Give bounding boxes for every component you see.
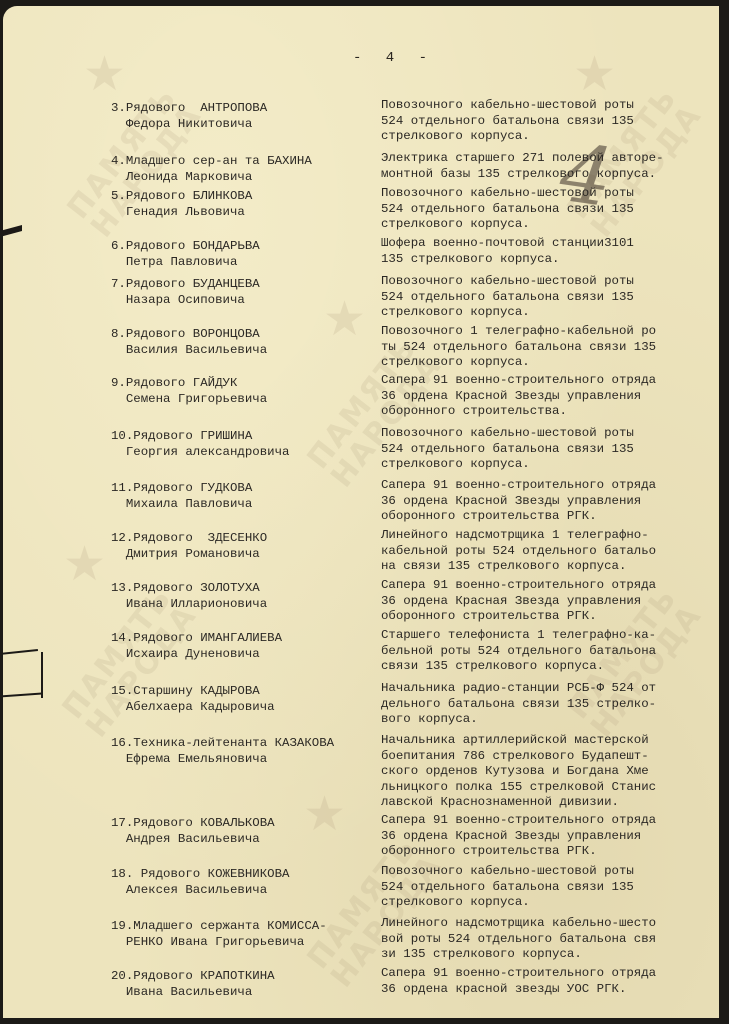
given-names: Георгия александровича	[111, 444, 383, 460]
given-names: Василия Васильевича	[111, 342, 383, 358]
given-names: Ивана Илларионовича	[111, 596, 383, 612]
given-names: Семена Григорьевича	[111, 391, 383, 407]
given-names: Абелхаера Кадыровича	[111, 699, 383, 715]
unit-description: Сапера 91 военно-строительного отряда 36…	[381, 813, 719, 860]
unit-description: Повозочного кабельно-шестовой роты 524 о…	[381, 864, 719, 911]
recipient-name: 5.Рядового БЛИНКОВА Генадия Львовича	[111, 188, 383, 220]
unit-description: Шофера военно-почтовой станции3101 135 с…	[381, 236, 719, 267]
watermark-star-icon: ★	[573, 46, 616, 102]
unit-description: Сапера 91 военно-строительного отряда 36…	[381, 966, 719, 997]
unit-description: Повозочного кабельно-шестовой роты 524 о…	[381, 274, 719, 321]
rank-surname: 19.Младшего сержанта КОМИССА-	[111, 918, 383, 934]
paper-tear	[41, 652, 43, 698]
recipient-name: 14.Рядового ИМАНГАЛИЕВА Исхаира Дуненови…	[111, 630, 383, 662]
recipient-name: 16.Техника-лейтенанта КАЗАКОВА Ефрема Ем…	[111, 735, 383, 767]
given-names: Леонида Марковича	[111, 169, 383, 185]
unit-description: Сапера 91 военно-строительного отряда 36…	[381, 578, 719, 625]
unit-description: Электрика старшего 271 полевой авторе- м…	[381, 151, 719, 182]
document-page: ★ ПАМЯТЬ НАРОДА ★ ПАМЯТЬ НАРОДА ★ ПАМЯТЬ…	[3, 6, 719, 1018]
given-names: Андрея Васильевича	[111, 831, 383, 847]
watermark-star-icon: ★	[83, 46, 126, 102]
rank-surname: 4.Младшего сер-ан та БАХИНА	[111, 153, 383, 169]
given-names: Михаила Павловича	[111, 496, 383, 512]
unit-description: Линейного надсмотрщика кабельно-шесто во…	[381, 916, 719, 963]
given-names: Исхаира Дуненовича	[111, 646, 383, 662]
rank-surname: 13.Рядового ЗОЛОТУХА	[111, 580, 383, 596]
unit-description: Старшего телефониста 1 телеграфно-ка- бе…	[381, 628, 719, 675]
given-names: Генадия Львовича	[111, 204, 383, 220]
page-number: - 4 -	[353, 50, 435, 66]
unit-description: Повозочного кабельно-шестовой роты 524 о…	[381, 426, 719, 473]
unit-description: Повозочного кабельно-шестовой роты 524 о…	[381, 186, 719, 233]
given-names: Дмитрия Романовича	[111, 546, 383, 562]
rank-surname: 15.Старшину КАДЫРОВА	[111, 683, 383, 699]
rank-surname: 6.Рядового БОНДАРЬВА	[111, 238, 383, 254]
recipient-name: 15.Старшину КАДЫРОВА Абелхаера Кадырович…	[111, 683, 383, 715]
recipient-name: 6.Рядового БОНДАРЬВА Петра Павловича	[111, 238, 383, 270]
rank-surname: 7.Рядового БУДАНЦЕВА	[111, 276, 383, 292]
unit-description: Сапера 91 военно-строительного отряда 36…	[381, 373, 719, 420]
rank-surname: 12.Рядового ЗДЕСЕНКО	[111, 530, 383, 546]
unit-description: Начальника радио-станции РСБ-Ф 524 от де…	[381, 681, 719, 728]
rank-surname: 3.Рядового АНТРОПОВА	[111, 100, 383, 116]
unit-description: Линейного надсмотрщика 1 телеграфно- каб…	[381, 528, 719, 575]
given-names: Ивана Васильевича	[111, 984, 383, 1000]
rank-surname: 10.Рядового ГРИШИНА	[111, 428, 383, 444]
recipient-name: 20.Рядового КРАПОТКИНА Ивана Васильевича	[111, 968, 383, 1000]
recipient-name: 13.Рядового ЗОЛОТУХА Ивана Илларионовича	[111, 580, 383, 612]
rank-surname: 20.Рядового КРАПОТКИНА	[111, 968, 383, 984]
recipient-name: 8.Рядового ВОРОНЦОВА Василия Васильевича	[111, 326, 383, 358]
unit-description: Повозочного кабельно-шестовой роты 524 о…	[381, 98, 719, 145]
recipient-name: 18. Рядового КОЖЕВНИКОВА Алексея Василье…	[111, 866, 383, 898]
paper-tear	[3, 225, 22, 237]
given-names: Алексея Васильевича	[111, 882, 383, 898]
rank-surname: 11.Рядового ГУДКОВА	[111, 480, 383, 496]
recipient-name: 10.Рядового ГРИШИНА Георгия александрови…	[111, 428, 383, 460]
given-names: Назара Осиповича	[111, 292, 383, 308]
rank-surname: 18. Рядового КОЖЕВНИКОВА	[111, 866, 383, 882]
rank-surname: 9.Рядового ГАЙДУК	[111, 375, 383, 391]
paper-tear	[3, 649, 38, 655]
unit-description: Начальника артиллерийской мастерской бое…	[381, 733, 719, 811]
recipient-name: 11.Рядового ГУДКОВА Михаила Павловича	[111, 480, 383, 512]
recipient-name: 9.Рядового ГАЙДУК Семена Григорьевича	[111, 375, 383, 407]
recipient-name: 3.Рядового АНТРОПОВА Федора Никитовича	[111, 100, 383, 132]
given-names: Петра Павловича	[111, 254, 383, 270]
rank-surname: 5.Рядового БЛИНКОВА	[111, 188, 383, 204]
paper-tear	[3, 693, 42, 698]
unit-description: Сапера 91 военно-строительного отряда 36…	[381, 478, 719, 525]
recipient-name: 4.Младшего сер-ан та БАХИНА Леонида Марк…	[111, 153, 383, 185]
rank-surname: 17.Рядового КОВАЛЬКОВА	[111, 815, 383, 831]
watermark-star-icon: ★	[63, 536, 106, 592]
unit-description: Повозочного 1 телеграфно-кабельной ро ты…	[381, 324, 719, 371]
recipient-name: 12.Рядового ЗДЕСЕНКО Дмитрия Романовича	[111, 530, 383, 562]
recipient-name: 17.Рядового КОВАЛЬКОВА Андрея Васильевич…	[111, 815, 383, 847]
given-names: Федора Никитовича	[111, 116, 383, 132]
given-names: РЕНКО Ивана Григорьевича	[111, 934, 383, 950]
rank-surname: 14.Рядового ИМАНГАЛИЕВА	[111, 630, 383, 646]
given-names: Ефрема Емельяновича	[111, 751, 383, 767]
recipient-name: 7.Рядового БУДАНЦЕВА Назара Осиповича	[111, 276, 383, 308]
rank-surname: 16.Техника-лейтенанта КАЗАКОВА	[111, 735, 383, 751]
recipient-name: 19.Младшего сержанта КОМИССА- РЕНКО Иван…	[111, 918, 383, 950]
rank-surname: 8.Рядового ВОРОНЦОВА	[111, 326, 383, 342]
